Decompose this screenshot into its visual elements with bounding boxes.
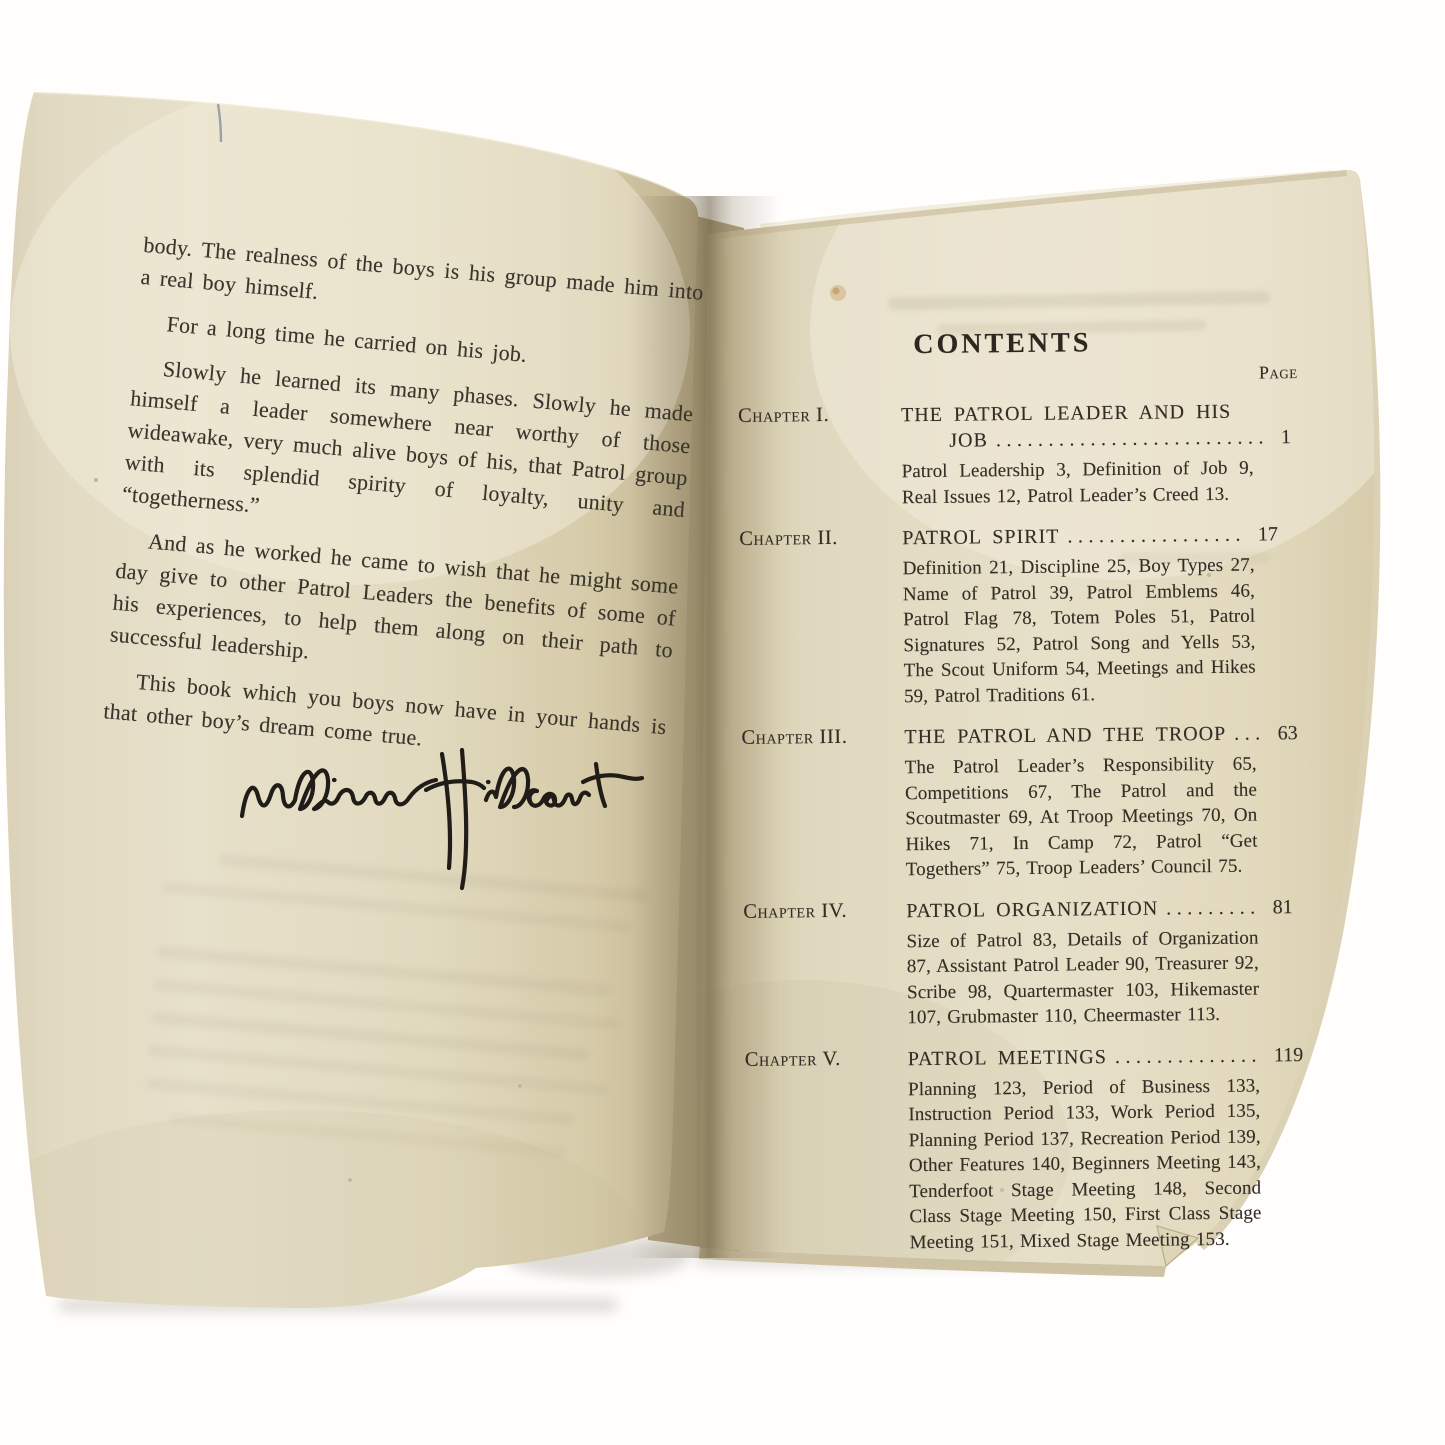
page-column-label: Page	[738, 362, 1298, 389]
toc-page-number: 119	[1274, 1044, 1303, 1066]
toc-chapter-label: Chapter II.	[739, 525, 904, 711]
toc-title: PATROL MEETINGS	[908, 1046, 1107, 1070]
toc-chapter-label: Chapter IV.	[743, 898, 907, 1033]
toc-entry-main: PATROL ORGANIZATION.........81 Size of P…	[906, 894, 1304, 1031]
toc-title: PATROL SPIRIT	[902, 526, 1059, 550]
toc-topics: Size of Patrol 83, Details of Organizati…	[906, 925, 1259, 1031]
toc-title: THE PATROL LEADER AND HIS	[901, 401, 1231, 426]
toc-title-line: THE PATROL AND THE TROOP...63	[904, 720, 1301, 750]
toc-title: PATROL ORGANIZATION	[906, 897, 1158, 922]
signature: William Hillcourt	[230, 744, 660, 894]
toc-chapter-label: Chapter I.	[738, 402, 902, 512]
toc-page-number: 81	[1273, 896, 1293, 918]
toc-topics: Planning 123, Period of Business 133, In…	[908, 1073, 1262, 1255]
toc-entry-main: PATROL MEETINGS..............119 Plannin…	[908, 1042, 1307, 1256]
toc-leader-dots: .................	[1067, 524, 1246, 548]
toc-page-number: 63	[1278, 722, 1298, 744]
toc-chapter-label: Chapter V.	[745, 1046, 910, 1257]
toc-heading: CONTENTS	[737, 325, 1267, 363]
toc-entry: Chapter III. THE PATROL AND THE TROOP...…	[741, 720, 1303, 884]
toc-topics: Definition 21, Discipline 25, Boy Types …	[903, 553, 1257, 710]
toc-entry-main: THE PATROL LEADER AND HISJOB............…	[901, 398, 1299, 510]
toc-leader-dots: ..........................	[996, 426, 1269, 451]
left-paragraph: Slowly he learned its many phases. Slowl…	[121, 350, 695, 557]
toc-title-line: PATROL MEETINGS..............119	[908, 1042, 1305, 1072]
toc-entry: Chapter IV. PATROL ORGANIZATION.........…	[743, 894, 1304, 1033]
toc-entry: Chapter II. PATROL SPIRIT...............…	[739, 521, 1301, 711]
toc-chapter-label: Chapter III.	[741, 724, 906, 884]
open-book-photo: body. The realness of the boys is his gr…	[0, 0, 1445, 1445]
toc: CONTENTS Page Chapter I. THE PATROL LEAD…	[737, 325, 1307, 1257]
toc-leader-dots: ..............	[1115, 1044, 1262, 1068]
toc-entry-main: THE PATROL AND THE TROOP...63 The Patrol…	[904, 720, 1303, 883]
signature-stroke	[242, 750, 642, 888]
left-page-text: body. The realness of the boys is his gr…	[101, 229, 705, 788]
toc-leader-dots: .........	[1166, 896, 1261, 919]
toc-entry-main: PATROL SPIRIT.................17 Definit…	[902, 521, 1301, 709]
toc-title-line: PATROL ORGANIZATION.........81	[906, 894, 1303, 924]
toc-title-line: THE PATROL LEADER AND HISJOB............…	[901, 398, 1299, 454]
toc-topics: The Patrol Leader’s Responsibility 65, C…	[905, 752, 1258, 883]
toc-entry: Chapter I. THE PATROL LEADER AND HISJOB.…	[738, 398, 1299, 512]
toc-page-number: 17	[1258, 523, 1278, 545]
toc-leader-dots: ...	[1234, 722, 1266, 744]
toc-entry: Chapter V. PATROL MEETINGS..............…	[745, 1042, 1307, 1257]
toc-page-number: 1	[1281, 426, 1291, 448]
toc-topics: Patrol Leadership 3, Definition of Job 9…	[902, 456, 1255, 511]
toc-title-line: PATROL SPIRIT.................17	[902, 521, 1299, 551]
toc-title: THE PATROL AND THE TROOP	[904, 723, 1226, 748]
toc-title-line2: JOB	[949, 429, 988, 451]
